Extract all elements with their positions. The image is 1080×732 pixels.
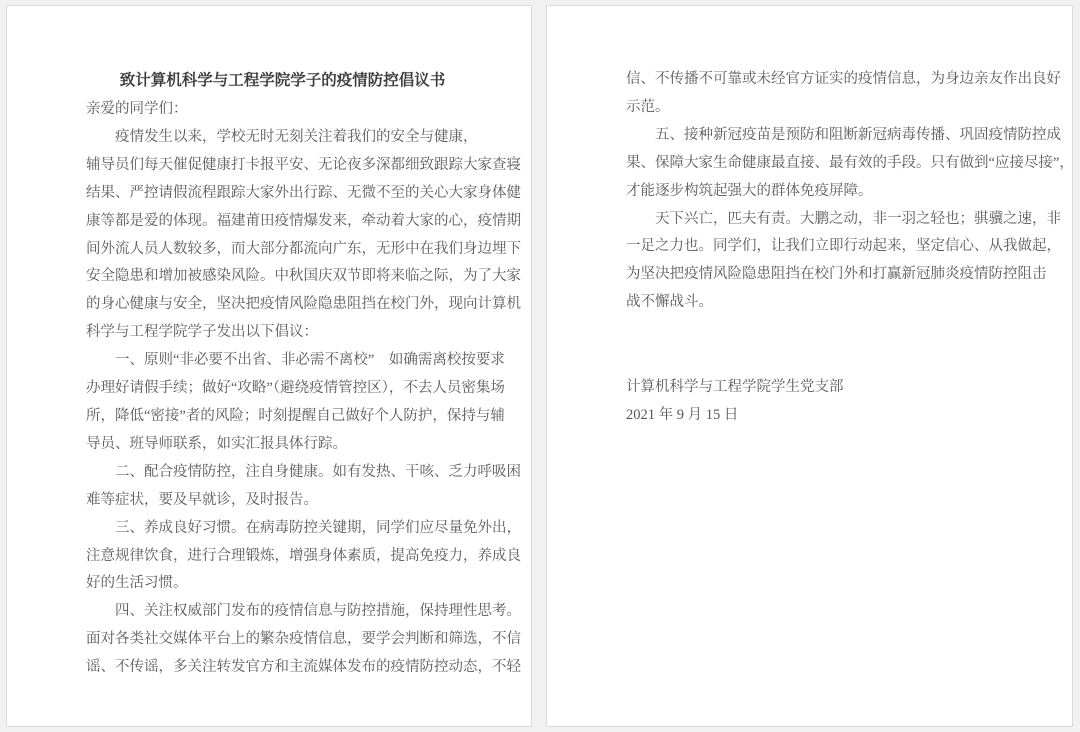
text-line: 好的生活习惯。 — [86, 570, 479, 598]
text-line: 导员、班导师联系，如实汇报具体行踪。 — [86, 431, 479, 459]
text-line: 四、关注权威部门发布的疫情信息与防控措施，保持理性思考。 — [86, 598, 479, 626]
text-line: 天下兴亡，匹夫有责。大鹏之动，非一羽之轻也；骐骥之速，非 — [626, 206, 1020, 234]
text-line: 结果、严控请假流程跟踪大家外出行踪、无微不至的关心大家身体健 — [86, 180, 479, 208]
text-line: 为坚决把疫情风险隐患阻挡在校门外和打赢新冠肺炎疫情防控阻击 — [626, 261, 1020, 289]
text-line: 才能逐步构筑起强大的群体免疫屏障。 — [626, 178, 1020, 206]
text-line: 示范。 — [626, 94, 1020, 122]
text-line: 谣、不传谣，多关注转发官方和主流媒体发布的疫情防控动态，不轻 — [86, 654, 479, 682]
document-page-2: 信、不传播不可靠或未经官方证实的疫情信息，为身边亲友作出良好示范。五、接种新冠疫… — [546, 5, 1073, 727]
text-line: 间外流人员人数较多，而大部分都流向广东，无形中在我们身边埋下 — [86, 236, 479, 264]
document-page-1: 致计算机科学与工程学院学子的疫情防控倡议书 亲爱的同学们：疫情发生以来，学校无时… — [6, 5, 532, 727]
text-line: 康等都是爱的体现。福建莆田疫情爆发来，牵动着大家的心，疫情期 — [86, 208, 479, 236]
document-title: 致计算机科学与工程学院学子的疫情防控倡议书 — [86, 66, 479, 96]
text-line: 三、养成良好习惯。在病毒防控关键期，同学们应尽量免外出， — [86, 515, 479, 543]
signature-date: 2021 年 9 月 15 日 — [626, 402, 1020, 430]
scanned-document-view: 致计算机科学与工程学院学子的疫情防控倡议书 亲爱的同学们：疫情发生以来，学校无时… — [0, 0, 1080, 732]
page-2-content: 信、不传播不可靠或未经官方证实的疫情信息，为身边亲友作出良好示范。五、接种新冠疫… — [547, 6, 1072, 430]
page-1-content: 致计算机科学与工程学院学子的疫情防控倡议书 亲爱的同学们：疫情发生以来，学校无时… — [7, 6, 531, 682]
text-line: 注意规律饮食，进行合理锻炼，增强身体素质，提高免疫力，养成良 — [86, 543, 479, 571]
page-1-text-block: 亲爱的同学们：疫情发生以来，学校无时无刻关注着我们的安全与健康，辅导员们每天催促… — [86, 96, 479, 682]
text-line: 办理好请假手续；做好“攻略”（避绕疫情管控区），不去人员密集场 — [86, 375, 479, 403]
page-2-text-block: 信、不传播不可靠或未经官方证实的疫情信息，为身边亲友作出良好示范。五、接种新冠疫… — [626, 66, 1020, 317]
text-line: 一、原则“非必要不出省、非必需不离校” 如确需离校按要求 — [86, 347, 479, 375]
text-line: 的身心健康与安全，坚决把疫情风险隐患阻挡在校门外，现向计算机 — [86, 291, 479, 319]
text-line: 疫情发生以来，学校无时无刻关注着我们的安全与健康， — [86, 124, 479, 152]
text-line: 一足之力也。同学们，让我们立即行动起来，坚定信心、从我做起， — [626, 233, 1020, 261]
text-line: 辅导员们每天催促健康打卡报平安、无论夜多深都细致跟踪大家查寝 — [86, 152, 479, 180]
text-line: 二、配合疫情防控，注自身健康。如有发热、干咳、乏力呼吸困 — [86, 459, 479, 487]
text-line: 难等症状，要及早就诊，及时报告。 — [86, 487, 479, 515]
text-line: 信、不传播不可靠或未经官方证实的疫情信息，为身边亲友作出良好 — [626, 66, 1020, 94]
text-line: 面对各类社交媒体平台上的繁杂疫情信息，要学会判断和筛选，不信 — [86, 626, 479, 654]
text-line: 安全隐患和增加被感染风险。中秋国庆双节即将来临之际，为了大家 — [86, 263, 479, 291]
signature-org: 计算机科学与工程学院学生党支部 — [626, 374, 1020, 402]
text-line: 五、接种新冠疫苗是预防和阻断新冠病毒传播、巩固疫情防控成 — [626, 122, 1020, 150]
text-line: 战不懈战斗。 — [626, 289, 1020, 317]
text-line: 所，降低“密接”者的风险；时刻提醒自己做好个人防护，保持与辅 — [86, 403, 479, 431]
signature-block: 计算机科学与工程学院学生党支部 2021 年 9 月 15 日 — [626, 374, 1020, 430]
text-line: 科学与工程学院学子发出以下倡议： — [86, 319, 479, 347]
text-line: 亲爱的同学们： — [86, 96, 479, 124]
text-line: 果、保障大家生命健康最直接、最有效的手段。只有做到“应接尽接”， — [626, 150, 1020, 178]
